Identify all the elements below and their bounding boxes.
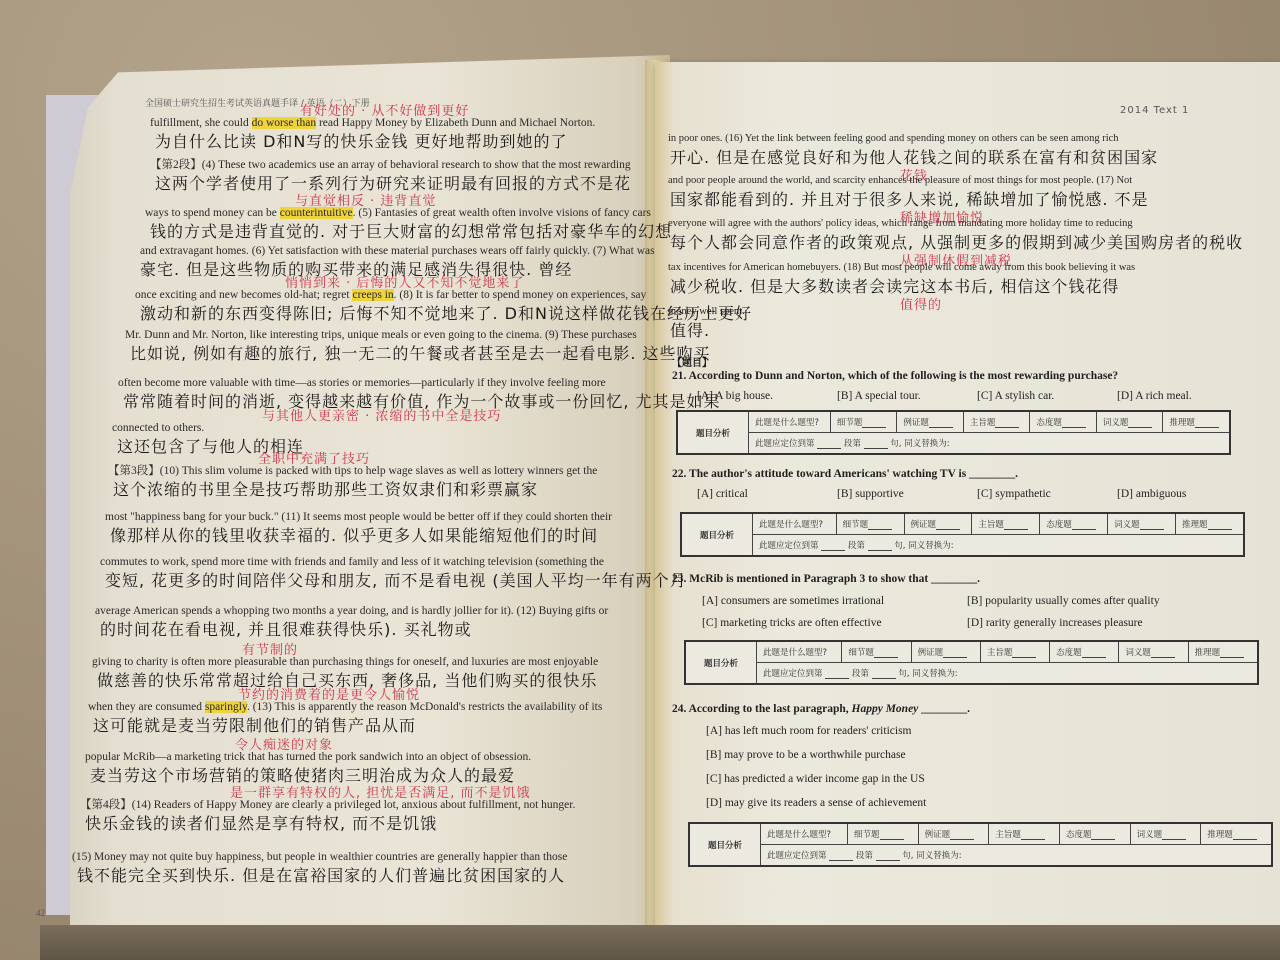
handwritten-translation: 做慈善的快乐常常超过给自己买东西, 奢侈品, 当他们购买的很快乐 xyxy=(97,673,597,689)
red-annotation: 有好处的 · 从不好做到更好 xyxy=(300,105,469,118)
answer-blank[interactable] xyxy=(995,419,1019,428)
question-type-option[interactable]: 主旨题 xyxy=(980,641,1049,663)
handwritten-translation: 常常随着时间的消逝, 变得越来越有价值, 作为一个故事或一份回忆, 尤其是如果 xyxy=(123,394,721,410)
red-annotation: 令人痴迷的对象 xyxy=(235,739,333,752)
locate-prompt: 此题应定位到第 段第 句, 同义替换为: xyxy=(753,535,1245,557)
question-stem: 24. According to the last paragraph, Hap… xyxy=(672,703,970,715)
printed-line: everyone will agree with the authors' po… xyxy=(668,219,1133,230)
answer-option[interactable]: [D] may give its readers a sense of achi… xyxy=(706,797,926,809)
answer-blank[interactable] xyxy=(1072,521,1096,530)
red-annotation: 与其他人更亲密 · 浓缩的书中全是技巧 xyxy=(262,410,501,423)
answer-option[interactable]: [C] has predicted a wider income gap in … xyxy=(706,773,925,785)
type-prompt: 此题是什么题型? xyxy=(761,823,848,845)
section-label: 【题目】 xyxy=(672,354,712,369)
printed-text: connected to others. xyxy=(112,422,204,434)
answer-option[interactable]: [B] supportive xyxy=(837,488,904,500)
printed-text: (15) Money may not quite buy happiness, … xyxy=(72,851,567,863)
printed-line: once exciting and new becomes old-hat; r… xyxy=(135,290,646,302)
answer-blank[interactable] xyxy=(1162,831,1186,840)
answer-option[interactable]: [C] A stylish car. xyxy=(977,390,1054,402)
paragraph-blank[interactable] xyxy=(817,440,841,449)
handwritten-translation: 国家都能看到的. 并且对于很多人来说, 稀缺增加了愉悦感. 不是 xyxy=(670,192,1149,208)
handwritten-translation: 为自什么比读 D和N写的快乐金钱 更好地帮助到她的了 xyxy=(155,134,567,150)
handwritten-translation: 比如说, 例如有趣的旅行, 独一无二的午餐或者甚至是去一起看电影. 这些购买 xyxy=(130,346,711,362)
red-annotation: 悄悄到来 · 后悔的人又不知不觉地来了 xyxy=(285,277,524,290)
handwritten-translation: 的时间花在看电视, 并且很难获得快乐). 买礼物或 xyxy=(100,622,472,638)
analysis-row-header: 题目分析 xyxy=(689,823,761,866)
question-type-option[interactable]: 主旨题 xyxy=(963,411,1030,433)
question-type-option[interactable]: 态度题 xyxy=(1040,513,1108,535)
handwritten-translation: 钱不能完全买到快乐. 但是在富裕国家的人们普遍比贫困国家的人 xyxy=(77,868,565,884)
answer-blank[interactable] xyxy=(929,419,953,428)
printed-text: commutes to work, spend more time with f… xyxy=(100,556,604,568)
answer-blank[interactable] xyxy=(1233,831,1257,840)
printed-line: ways to spend money can be counterintuit… xyxy=(145,208,651,220)
printed-text: Mr. Dunn and Mr. Norton, like interestin… xyxy=(125,329,637,341)
analysis-row-header: 题目分析 xyxy=(681,513,753,556)
printed-line: and poor people around the world, and sc… xyxy=(668,176,1132,187)
printed-line: connected to others. xyxy=(112,423,204,435)
printed-line: 【第4段】(14) Readers of Happy Money are cle… xyxy=(80,800,575,812)
printed-text: in poor ones. (16) Yet the link between … xyxy=(668,133,1119,144)
question-type-option[interactable]: 例证题 xyxy=(918,823,989,845)
question-stem: 22. The author's attitude toward America… xyxy=(672,468,1018,480)
answer-blank[interactable] xyxy=(874,649,898,658)
answer-blank[interactable] xyxy=(868,521,892,530)
question-type-option[interactable]: 词义题 xyxy=(1130,823,1201,845)
locate-prompt: 此题应定位到第 段第 句, 同义替换为: xyxy=(761,845,1273,867)
locate-prompt: 此题应定位到第 段第 句, 同义替换为: xyxy=(757,663,1259,685)
answer-option[interactable]: [B] may prove to be a worthwhile purchas… xyxy=(706,749,906,761)
printed-line: in poor ones. (16) Yet the link between … xyxy=(668,134,1119,145)
question-type-option[interactable]: 例证题 xyxy=(897,411,964,433)
question-type-option[interactable]: 态度题 xyxy=(1050,641,1119,663)
handwritten-translation: 麦当劳这个市场营销的策略使猪肉三明治成为众人的最爱 xyxy=(90,768,515,784)
printed-text: average American spends a whopping two m… xyxy=(95,605,608,617)
printed-line: 【第2段】(4) These two academics use an arra… xyxy=(150,160,631,172)
answer-blank[interactable] xyxy=(1128,419,1152,428)
question-type-option[interactable]: 细节题 xyxy=(842,641,911,663)
handwritten-translation: 快乐金钱的读者们显然是享有特权, 而不是饥饿 xyxy=(85,816,437,832)
question-type-option[interactable]: 主旨题 xyxy=(972,513,1040,535)
answer-blank[interactable] xyxy=(1220,649,1244,658)
question-type-option[interactable]: 态度题 xyxy=(1030,411,1097,433)
printed-text: everyone will agree with the authors' po… xyxy=(668,218,1133,229)
question-stem: 21. According to Dunn and Norton, which … xyxy=(672,370,1118,382)
book-title: Happy Money xyxy=(852,703,919,715)
handwritten-translation: 减少税收. 但是大多数读者会读完这本书后, 相信这个钱花得 xyxy=(670,279,1119,295)
answer-blank[interactable] xyxy=(862,419,886,428)
type-prompt: 此题是什么题型? xyxy=(749,411,831,433)
analysis-row-header: 题目分析 xyxy=(685,641,757,684)
answer-option[interactable]: [C] sympathetic xyxy=(977,488,1051,500)
paragraph-blank[interactable] xyxy=(825,670,849,679)
question-type-option[interactable]: 推理题 xyxy=(1201,823,1272,845)
handwritten-translation: 这两个学者使用了一系列行为研究来证明最有回报的方式不是花 xyxy=(155,176,631,192)
printed-line: money well spent. xyxy=(668,307,745,318)
red-annotation: 节约的消费着的是更令人愉悦 xyxy=(238,689,420,702)
paragraph-blank[interactable] xyxy=(829,852,853,861)
printed-line: (15) Money may not quite buy happiness, … xyxy=(72,852,567,864)
question-analysis-table: 题目分析此题是什么题型?细节题例证题主旨题态度题词义题推理题此题应定位到第 段第… xyxy=(676,410,1231,455)
question-type-option[interactable]: 推理题 xyxy=(1188,641,1258,663)
answer-blank[interactable] xyxy=(1091,831,1115,840)
question-type-option[interactable]: 例证题 xyxy=(911,641,980,663)
red-annotation: 全职中充满了技巧 xyxy=(258,453,370,466)
question-stem: 23. McRib is mentioned in Paragraph 3 to… xyxy=(672,573,980,585)
answer-option[interactable]: [D] A rich meal. xyxy=(1117,390,1192,402)
answer-blank[interactable] xyxy=(1195,419,1219,428)
answer-option[interactable]: [D] ambiguous xyxy=(1117,488,1186,500)
question-analysis-table: 题目分析此题是什么题型?细节题例证题主旨题态度题词义题推理题此题应定位到第 段第… xyxy=(688,822,1273,867)
red-annotation: 值得的 xyxy=(900,299,942,312)
answer-option[interactable]: [B] popularity usually comes after quali… xyxy=(967,595,1160,607)
question-type-option[interactable]: 例证题 xyxy=(904,513,972,535)
red-annotation: 有节制的 xyxy=(242,644,298,657)
printed-line: popular McRib—a marketing trick that has… xyxy=(85,752,531,764)
question-type-option[interactable]: 细节题 xyxy=(830,411,897,433)
answer-blank[interactable] xyxy=(950,831,974,840)
printed-text: and extravagant homes. (6) Yet satisfact… xyxy=(140,245,655,257)
question-type-option[interactable]: 细节题 xyxy=(848,823,919,845)
answer-option[interactable]: [C] marketing tricks are often effective xyxy=(702,617,882,629)
answer-blank[interactable] xyxy=(1082,649,1106,658)
answer-blank[interactable] xyxy=(1004,521,1028,530)
printed-line: tax incentives for American homebuyers. … xyxy=(668,263,1135,274)
answer-option[interactable]: [A] A big house. xyxy=(697,390,773,402)
handwritten-translation: 钱的方式是违背直觉的. 对于巨大财富的幻想常常包括对豪华车的幻想 xyxy=(150,224,672,240)
handwritten-translation: 每个人都会同意作者的政策观点, 从强制更多的假期到减少美国购房者的税收 xyxy=(670,235,1243,251)
printed-line: average American spends a whopping two m… xyxy=(95,606,608,618)
locate-prompt: 此题应定位到第 段第 句, 同义替换为: xyxy=(749,433,1231,455)
answer-blank[interactable] xyxy=(1062,419,1086,428)
page-number: 42 xyxy=(36,908,45,918)
printed-text: most "happiness bang for your buck." (11… xyxy=(105,511,612,523)
printed-text: giving to charity is often more pleasura… xyxy=(92,656,598,668)
handwritten-translation: 这个浓缩的书里全是技巧帮助那些工资奴隶们和彩票赢家 xyxy=(113,482,538,498)
printed-line: commutes to work, spend more time with f… xyxy=(100,557,604,569)
answer-blank[interactable] xyxy=(943,649,967,658)
handwritten-translation: 像那样从你的钱里收获幸福的. 似乎更多人如果能缩短他们的时间 xyxy=(110,528,598,544)
answer-option[interactable]: [A] consumers are sometimes irrational xyxy=(702,595,884,607)
answer-blank[interactable] xyxy=(1021,831,1045,840)
printed-text: 【第2段】(4) These two academics use an arra… xyxy=(150,159,631,171)
red-annotation: 是一群享有特权的人, 担忧是否满足, 而不是饥饿 xyxy=(230,787,531,800)
printed-text: tax incentives for American homebuyers. … xyxy=(668,262,1135,273)
answer-option[interactable]: [A] critical xyxy=(697,488,748,500)
answer-blank[interactable] xyxy=(1012,649,1036,658)
printed-text: often become more valuable with time—as … xyxy=(118,377,606,389)
answer-option[interactable]: [B] A special tour. xyxy=(837,390,921,402)
question-type-option[interactable]: 词义题 xyxy=(1119,641,1188,663)
question-type-option[interactable]: 推理题 xyxy=(1163,411,1230,433)
answer-blank[interactable] xyxy=(1140,521,1164,530)
paragraph-blank[interactable] xyxy=(821,542,845,551)
question-type-option[interactable]: 推理题 xyxy=(1176,513,1245,535)
sentence-blank[interactable] xyxy=(872,670,896,679)
answer-blank[interactable] xyxy=(936,521,960,530)
answer-blank[interactable] xyxy=(880,831,904,840)
book-bottom-edge xyxy=(40,925,1280,960)
answer-blank[interactable] xyxy=(1208,521,1232,530)
type-prompt: 此题是什么题型? xyxy=(753,513,837,535)
handwritten-translation: 变短, 花更多的时间陪伴父母和朋友, 而不是看电视 (美国人平均一年有两个月 xyxy=(105,573,687,589)
question-type-option[interactable]: 态度题 xyxy=(1059,823,1130,845)
printed-line: Mr. Dunn and Mr. Norton, like interestin… xyxy=(125,330,637,342)
running-head-right: 2014 Text 1 xyxy=(1120,105,1189,116)
sentence-blank[interactable] xyxy=(876,852,900,861)
question-type-option[interactable]: 细节题 xyxy=(836,513,904,535)
printed-line: most "happiness bang for your buck." (11… xyxy=(105,512,612,524)
red-annotation: 与直觉相反 · 违背直觉 xyxy=(295,195,436,208)
printed-line: often become more valuable with time—as … xyxy=(118,378,606,390)
printed-line: when they are consumed sparingly. (13) T… xyxy=(88,702,602,714)
question-analysis-table: 题目分析此题是什么题型?细节题例证题主旨题态度题词义题推理题此题应定位到第 段第… xyxy=(684,640,1259,685)
analysis-row-header: 题目分析 xyxy=(677,411,749,454)
handwritten-translation: 这可能就是麦当劳限制他们的销售产品从而 xyxy=(93,718,416,734)
printed-text: and poor people around the world, and sc… xyxy=(668,175,1132,186)
printed-line: fulfillment, she could do worse than rea… xyxy=(150,118,595,130)
answer-blank[interactable] xyxy=(1151,649,1175,658)
printed-line: giving to charity is often more pleasura… xyxy=(92,657,598,669)
question-type-option[interactable]: 词义题 xyxy=(1108,513,1176,535)
sentence-blank[interactable] xyxy=(864,440,888,449)
printed-text: money well spent. xyxy=(668,306,745,317)
handwritten-translation: 激动和新的东西变得陈旧; 后悔不知不觉地来了. D和N说这样做花钱在经历上更好 xyxy=(140,306,752,322)
question-analysis-table: 题目分析此题是什么题型?细节题例证题主旨题态度题词义题推理题此题应定位到第 段第… xyxy=(680,512,1245,557)
sentence-blank[interactable] xyxy=(868,542,892,551)
printed-line: and extravagant homes. (6) Yet satisfact… xyxy=(140,246,655,258)
question-type-option[interactable]: 主旨题 xyxy=(989,823,1060,845)
question-type-option[interactable]: 词义题 xyxy=(1096,411,1163,433)
answer-option[interactable]: [A] has left much room for readers' crit… xyxy=(706,725,911,737)
type-prompt: 此题是什么题型? xyxy=(757,641,842,663)
printed-line: 【第3段】(10) This slim volume is packed wit… xyxy=(108,466,597,478)
answer-option[interactable]: [D] rarity generally increases pleasure xyxy=(967,617,1143,629)
handwritten-translation: 开心. 但是在感觉良好和为他人花钱之间的联系在富有和贫困国家 xyxy=(670,150,1158,166)
handwritten-translation: 值得. xyxy=(670,323,710,339)
